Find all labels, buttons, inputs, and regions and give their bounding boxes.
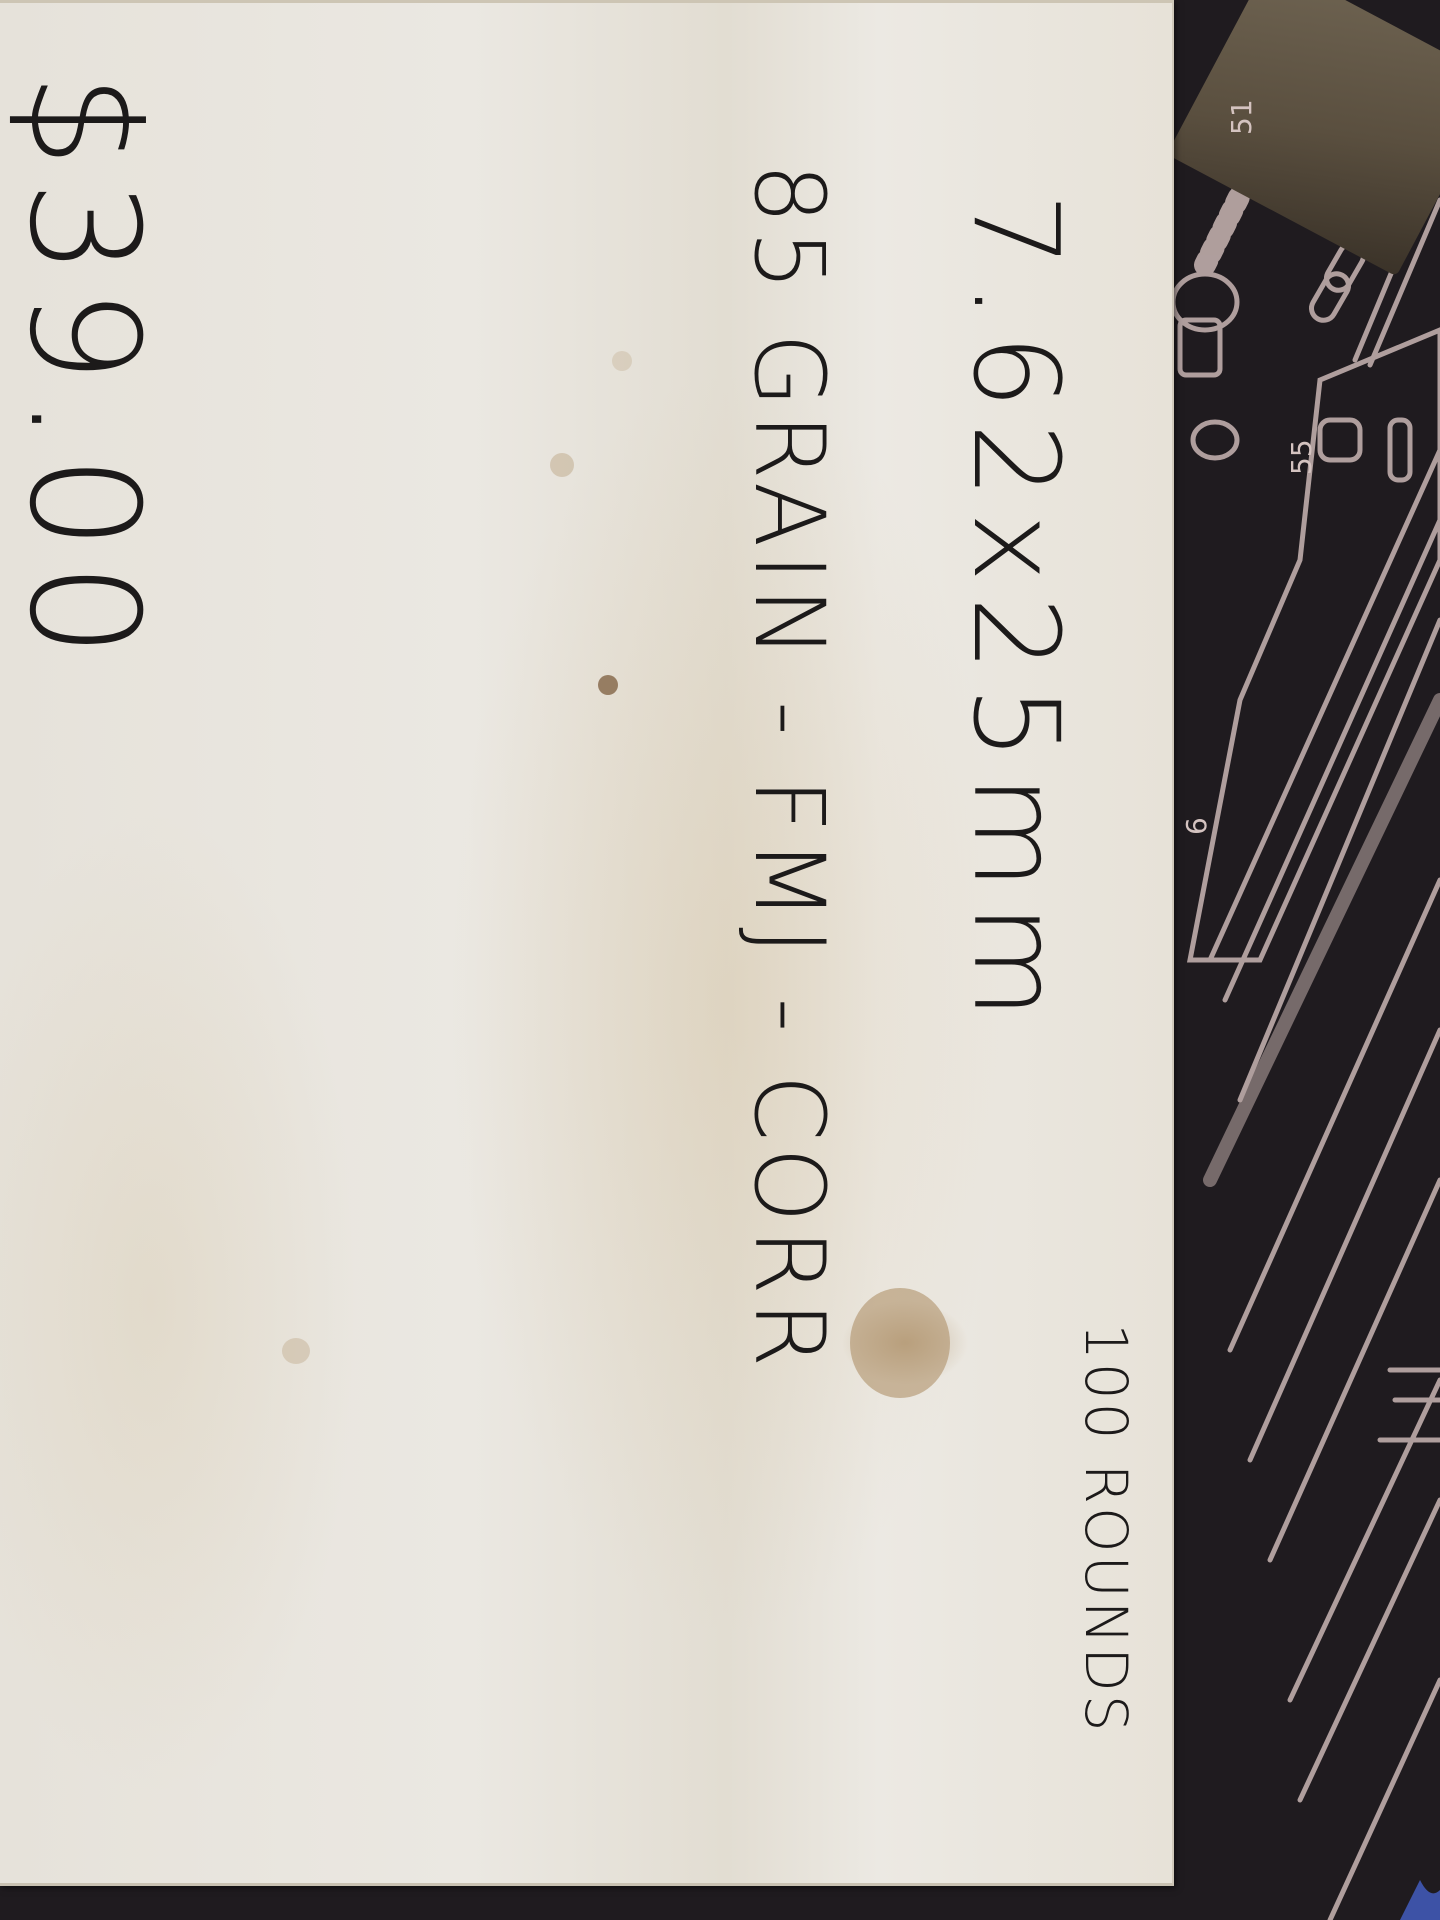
quantity-text: 100 ROUNDS [1072, 1323, 1140, 1734]
stain [598, 675, 618, 695]
caliber-text: 7.62x25mm [947, 193, 1085, 1033]
price-label-paper: 7.62x25mm 85 GRAIN - FMJ - CORR 100 ROUN… [0, 0, 1174, 1886]
mat-part-number: 55 [1285, 439, 1318, 475]
stain [850, 1288, 950, 1398]
mat-part-number: 6 [1180, 817, 1213, 835]
price-text: $39.00 [0, 73, 170, 670]
stain [282, 1338, 310, 1364]
stain [612, 351, 632, 371]
stain [550, 453, 574, 477]
description-text: 85 GRAIN - FMJ - CORR [733, 163, 845, 1373]
mat-part-number: 51 [1225, 99, 1258, 135]
